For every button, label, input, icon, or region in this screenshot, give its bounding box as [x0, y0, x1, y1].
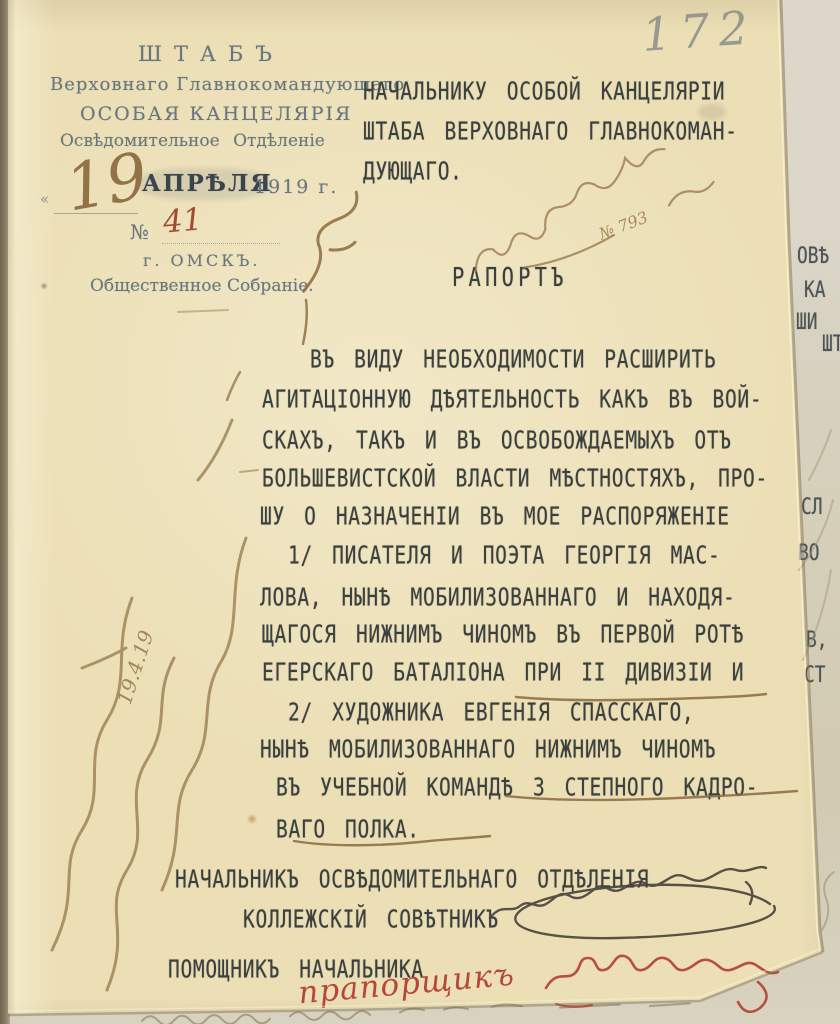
document-scan: ОВѢ КА ШИ ШТ СЛ ВО В, СТ 172 ШТАБЪ Верхо… [0, 0, 840, 1024]
ink-marks-overlay [0, 0, 840, 1024]
